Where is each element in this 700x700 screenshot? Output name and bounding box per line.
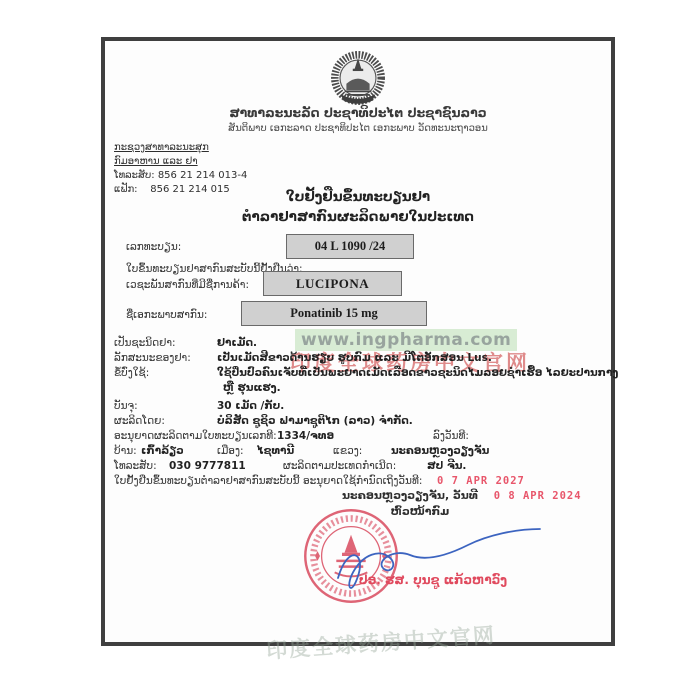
appearance-label: ລັກສະນະຂອງຢາ:: [114, 352, 191, 364]
certificate-title-line1: ໃບຢັ້ງຢືນຂຶ້ນທະບຽນຢາ: [105, 187, 611, 207]
certificate-title-line2: ຕຳລາຢາສາກົນຜະລິດພາຍໃນປະເທດ: [105, 207, 611, 227]
dosage-form-value: ຢາເມັດ.: [217, 337, 257, 349]
indication-label: ຂໍ້ບົ່ງໃຊ້:: [114, 367, 149, 379]
district-label: ເມືອງ:: [217, 445, 244, 457]
telephone-label: ໂທລະສັບ:: [114, 170, 155, 181]
field-row-phone-origin: ໂທລະສັບ: 030 9777811 ຜະລິດຕາມປະເທດກຳເນີດ…: [105, 460, 611, 474]
dosage-form-label: ເປັນຊະນິດຢາ:: [114, 337, 176, 349]
license-date-label: ລົງວັນທີ:: [433, 430, 469, 442]
village-value: ເກົ້າລ້ຽວ: [141, 445, 184, 457]
appearance-value: ເປັນເມັດສີຂາວດ້ານຮຽບ ຮູບກົມ ແລະ ມີໂຕອັກສ…: [217, 352, 492, 364]
pack-value: 30 ເມັດ /ກັບ.: [217, 400, 284, 412]
country-title: ສາທາລະນະລັດ ປະຊາທິປະໄຕ ປະຊາຊົນລາວ: [105, 105, 611, 120]
national-motto: ສັນຕິພາບ ເອກະລາດ ປະຊາທິປະໄຕ ເອກະພາບ ວັດທ…: [105, 123, 611, 134]
village-label: ບ້ານ:: [114, 445, 137, 457]
indication-value-line1: ໃຊ້ປິ່ນປົວຄົນເຈັບທີ່ເປັນພະຍາດເມັດເລືອດຂາ…: [217, 367, 618, 379]
telephone-line: ໂທລະສັບ: 856 21 214 013-4: [114, 169, 247, 183]
issue-date-stamp: 0 8 APR 2024: [494, 490, 582, 502]
phone-value: 030 9777811: [169, 460, 246, 472]
signer-name: ປອ. ຮສ. ບຸນຊູ ແກ້ວຫາວົງ: [333, 573, 533, 587]
emblem-svg: [329, 47, 387, 109]
generic-name-box: Ponatinib 15 mg: [241, 301, 427, 326]
province-label: ແຂວງ:: [333, 445, 362, 457]
telephone-value: 856 21 214 013-4: [158, 170, 248, 181]
registration-number-box: 04 L 1090 /24: [286, 234, 414, 259]
field-row-dosage-form: ເປັນຊະນິດຢາ: ຢາເມັດ.: [105, 337, 611, 351]
field-row-appearance: ລັກສະນະຂອງຢາ: ເປັນເມັດສີຂາວດ້ານຮຽບ ຮູບກົ…: [105, 352, 611, 366]
issue-place-date-line: ນະຄອນຫຼວງວຽງຈັນ, ວັນທີ 0 8 APR 2024: [342, 489, 582, 502]
lao-national-emblem-icon: [105, 47, 611, 113]
origin-label: ຜະລິດຕາມປະເທດກຳເນີດ:: [283, 460, 396, 472]
field-row-indication: ຂໍ້ບົ່ງໃຊ້: ໃຊ້ປິ່ນປົວຄົນເຈັບທີ່ເປັນພະຍາ…: [105, 367, 611, 381]
phone-label: ໂທລະສັບ:: [114, 460, 157, 472]
registration-number-label: ເລກທະບຽນ:: [126, 241, 181, 253]
page-canvas: ສາທາລະນະລັດ ປະຊາທິປະໄຕ ປະຊາຊົນລາວ ສັນຕິພ…: [0, 0, 700, 700]
manufacturer-label: ຜະລິດໂດຍ:: [114, 415, 165, 427]
trade-name-box: LUCIPONA: [263, 271, 402, 296]
field-row-license: ອະນຸຍາດຜະລິດຕາມໃບທະບຽນເລກທີ: 1334/ຈທອ ລົ…: [105, 430, 611, 444]
field-row-address: ບ້ານ: ເກົ້າລ້ຽວ ເມືອງ: ໄຊທານີ ແຂວງ: ນະຄອ…: [105, 445, 611, 459]
certificate-title: ໃບຢັ້ງຢືນຂຶ້ນທະບຽນຢາ ຕຳລາຢາສາກົນຜະລິດພາຍ…: [105, 187, 611, 227]
ministry-name: ກະຊວງສາທາລະນະສຸກ: [114, 141, 247, 155]
province-value: ນະຄອນຫຼວງວຽງຈັນ: [391, 445, 489, 457]
generic-name-label: ຊື່ເອກະພາບສາກົນ:: [126, 309, 207, 321]
expiry-date-stamp: 0 7 APR 2027: [437, 475, 525, 487]
department-name: ກົມອາຫານ ແລະ ຢາ: [114, 155, 247, 169]
field-row-manufacturer: ຜະລິດໂດຍ: ບໍລິສັດ ຊູຊິວ ຟາມາຊູຕິໄກ (ລາວ)…: [105, 415, 611, 429]
indication-value-line2: ຫຼື ຮຸນແຮງ.: [223, 382, 281, 394]
origin-value: ສປ ຈີນ.: [427, 460, 466, 472]
trade-name-label: ເວຊະພັນສາກົນທີ່ມີຊື່ການຄ້າ:: [126, 279, 249, 291]
issue-place-label: ນະຄອນຫຼວງວຽງຈັນ, ວັນທີ: [342, 489, 478, 502]
validity-label: ໃບຢັ້ງຢືນຂຶ້ນທະບຽນຕຳລາຢາສາກົນສະບັບນີ້ ອະ…: [114, 475, 422, 487]
pack-label: ບັນຈຸ:: [114, 400, 138, 412]
license-number: 1334/ຈທອ: [277, 430, 334, 442]
license-label: ອະນຸຍາດຜະລິດຕາມໃບທະບຽນເລກທີ:: [114, 430, 277, 442]
manufacturer-value: ບໍລິສັດ ຊູຊິວ ຟາມາຊູຕິໄກ (ລາວ) ຈຳກັດ.: [217, 415, 413, 427]
certificate-document: ສາທາລະນະລັດ ປະຊາທິປະໄຕ ປະຊາຊົນລາວ ສັນຕິພ…: [101, 37, 615, 646]
field-row-indication-2: ຫຼື ຮຸນແຮງ.: [105, 382, 611, 396]
district-value: ໄຊທານີ: [257, 445, 294, 457]
field-row-validity: ໃບຢັ້ງຢືນຂຶ້ນທະບຽນຕຳລາຢາສາກົນສະບັບນີ້ ອະ…: [105, 475, 611, 489]
field-row-pack: ບັນຈຸ: 30 ເມັດ /ກັບ.: [105, 400, 611, 414]
